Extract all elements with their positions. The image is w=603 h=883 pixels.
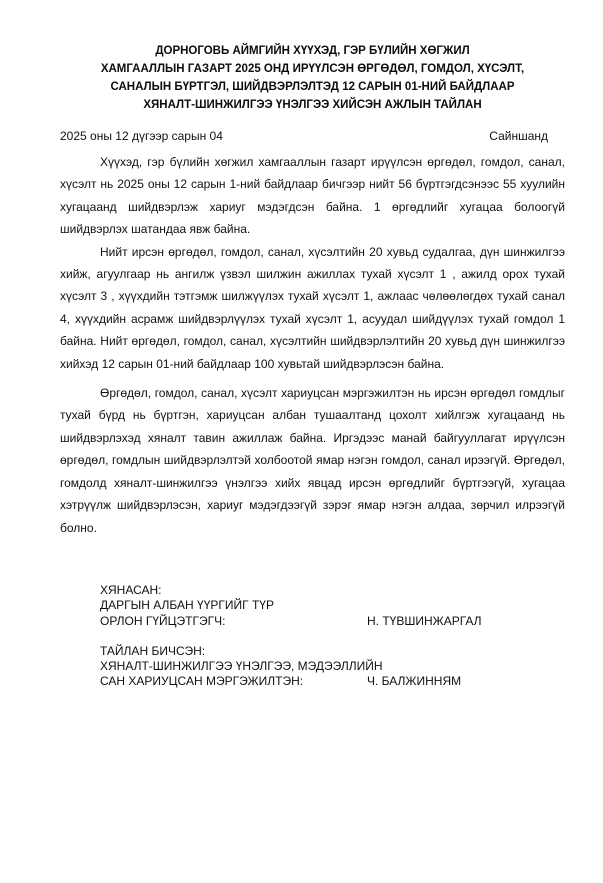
title-line-1: ДОРНОГОВЬ АЙМГИЙН ХҮҮХЭД, ГЭР БҮЛИЙН ХӨГ… (60, 42, 565, 60)
title-line-2: ХАМГААЛЛЫН ГАЗАРТ 2025 ОНД ИРҮҮЛСЭН ӨРГӨ… (60, 60, 565, 78)
paragraph-2: Нийт ирсэн өргөдөл, гомдол, санал, хүсэл… (60, 241, 565, 375)
written-signer-name: Ч. БАЛЖИННЯМ (367, 674, 461, 688)
title-line-3: САНАЛЫН БҮРТГЭЛ, ШИЙДВЭРЛЭЛТЭД 12 САРЫН … (60, 78, 565, 96)
document-page: ДОРНОГОВЬ АЙМГИЙН ХҮҮХЭД, ГЭР БҮЛИЙН ХӨГ… (0, 0, 603, 883)
written-heading: ТАЙЛАН БИЧСЭН: (100, 644, 565, 659)
title-line-4: ХЯНАЛТ-ШИНЖИЛГЭЭ ҮНЭЛГЭЭ ХИЙСЭН АЖЛЫН ТА… (60, 96, 565, 114)
date-location-row: 2025 оны 12 дүгээр сарын 04 Сайншанд (60, 125, 565, 147)
written-title-line-1: ХЯНАЛТ-ШИНЖИЛГЭЭ ҮНЭЛГЭЭ, МЭДЭЭЛЛИЙН (100, 659, 565, 674)
signature-block-written: ТАЙЛАН БИЧСЭН: ХЯНАЛТ-ШИНЖИЛГЭЭ ҮНЭЛГЭЭ,… (100, 644, 565, 690)
signature-block-reviewed: ХЯНАСАН: ДАРГЫН АЛБАН ҮҮРГИЙГ ТҮР ОРЛОН … (100, 583, 565, 629)
document-title: ДОРНОГОВЬ АЙМГИЙН ХҮҮХЭД, ГЭР БҮЛИЙН ХӨГ… (60, 42, 565, 114)
paragraph-1: Хүүхэд, гэр бүлийн хөгжил хамгааллын газ… (60, 151, 565, 241)
reviewed-role-label: ОРЛОН ГҮЙЦЭТГЭГЧ: (100, 614, 367, 629)
report-body: Хүүхэд, гэр бүлийн хөгжил хамгааллын газ… (60, 151, 565, 539)
reviewed-title-line-2: ОРЛОН ГҮЙЦЭТГЭГЧ:Н. ТҮВШИНЖАРГАЛ (100, 614, 565, 629)
reviewed-title-line-1: ДАРГЫН АЛБАН ҮҮРГИЙГ ТҮР (100, 598, 565, 613)
written-title-line-2: САН ХАРИУЦСАН МЭРГЭЖИЛТЭН:Ч. БАЛЖИННЯМ (100, 674, 565, 689)
reviewed-signer-name: Н. ТҮВШИНЖАРГАЛ (367, 614, 482, 628)
document-location: Сайншанд (489, 125, 548, 147)
paragraph-3: Өргөдөл, гомдол, санал, хүсэлт хариуцсан… (60, 382, 565, 539)
document-date: 2025 оны 12 дүгээр сарын 04 (60, 125, 223, 147)
signature-section: ХЯНАСАН: ДАРГЫН АЛБАН ҮҮРГИЙГ ТҮР ОРЛОН … (100, 583, 565, 690)
reviewed-heading: ХЯНАСАН: (100, 583, 565, 598)
written-role-label: САН ХАРИУЦСАН МЭРГЭЖИЛТЭН: (100, 674, 367, 689)
